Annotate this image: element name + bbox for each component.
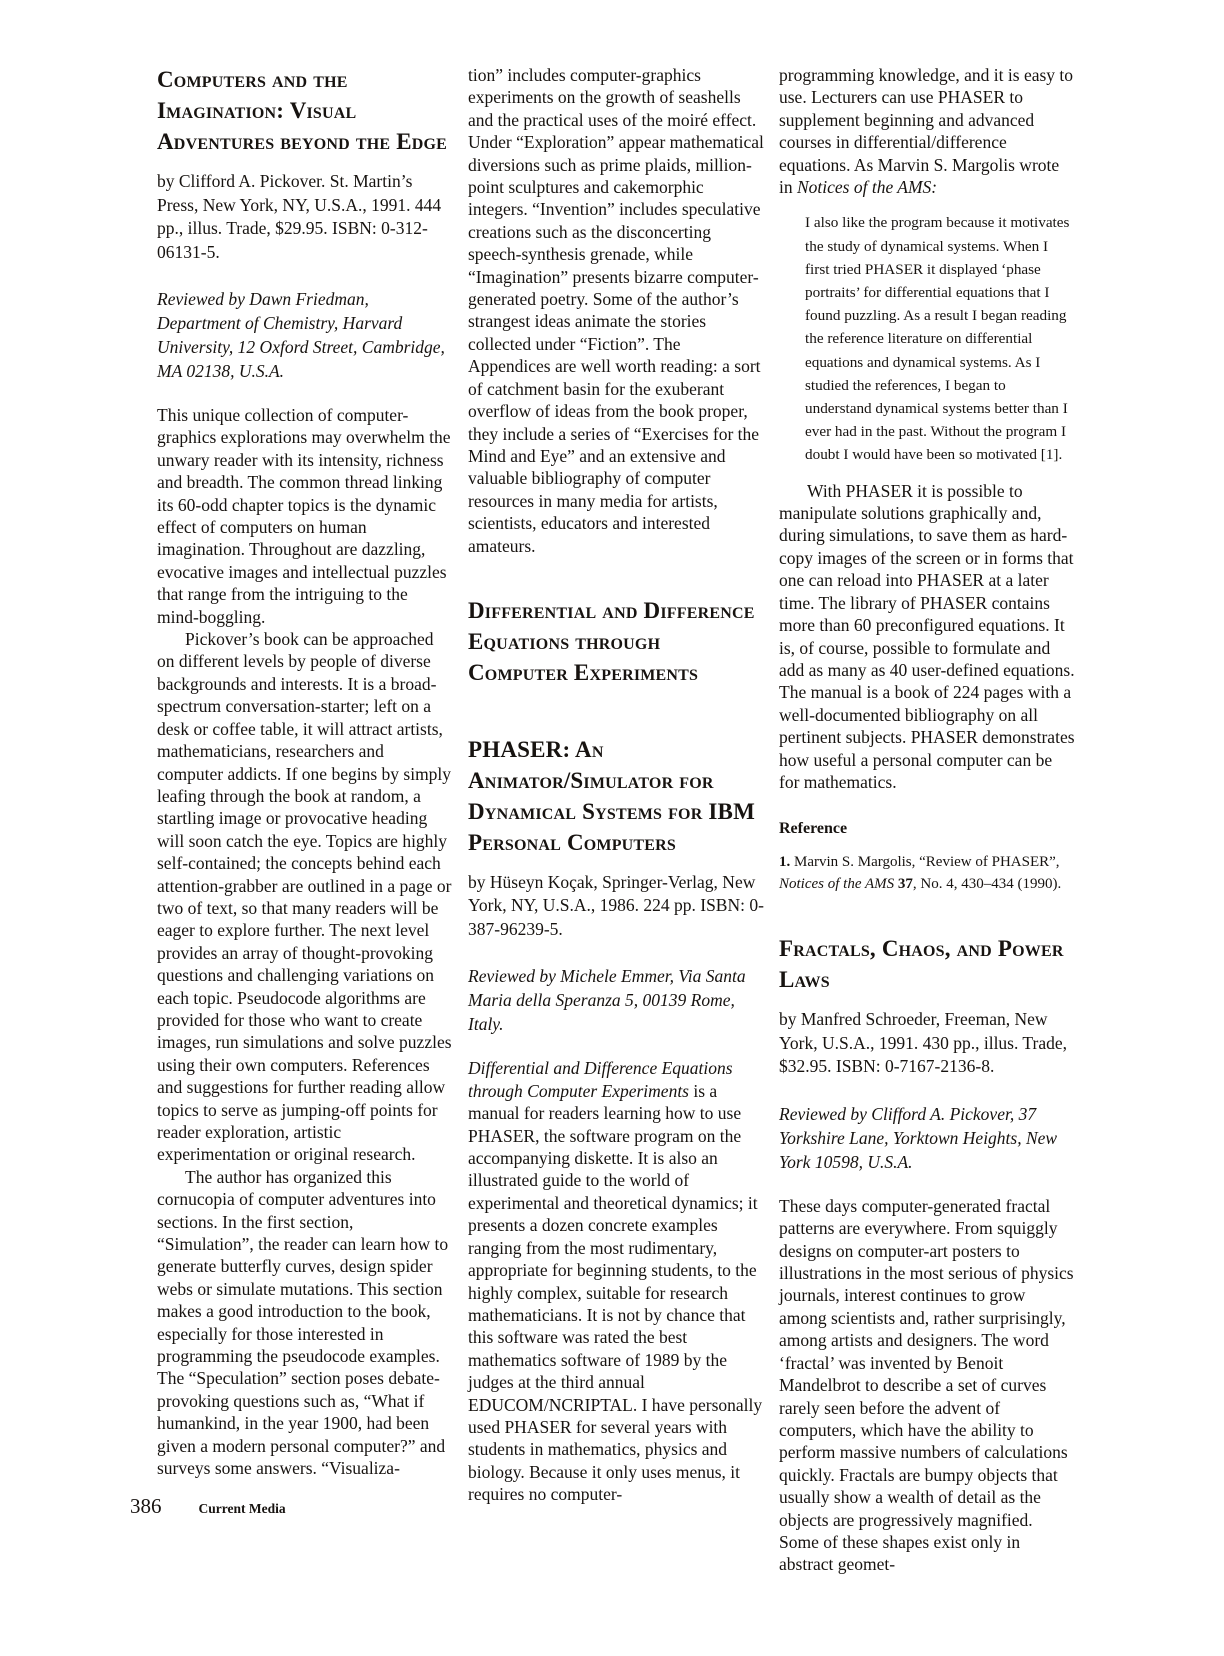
body-paragraph: Pickover’s book can be approached on dif… (157, 628, 453, 1166)
column-middle: tion” includes computer-graphics experim… (468, 64, 764, 1576)
review-title-computers-imagination: Computers and the Imagination: Visual Ad… (157, 64, 453, 157)
reference-volume: 37 (894, 876, 913, 892)
reviewer-note-computers: Reviewed by Dawn Friedman, Department of… (157, 287, 453, 383)
footer-page-number: 386 (130, 1494, 162, 1519)
body-paragraph-continuation: programming knowledge, and it is easy to… (779, 64, 1075, 198)
reviewer-note-fractals: Reviewed by Clifford A. Pickover, 37 Yor… (779, 1102, 1075, 1174)
review-title-fractals: Fractals, Chaos, and Power Laws (779, 933, 1075, 995)
column-right: programming knowledge, and it is easy to… (779, 64, 1075, 1576)
paragraph-text: is a manual for readers learning how to … (468, 1081, 762, 1504)
body-paragraph: This unique collection of computer-graph… (157, 404, 453, 628)
reference-text: Marvin S. Margolis, “Review of PHASER”, (790, 854, 1059, 870)
body-paragraph: The author has organized this cornucopia… (157, 1166, 453, 1480)
body-paragraph: These days computer-generated fractal pa… (779, 1195, 1075, 1576)
reference-number: 1. (779, 854, 790, 870)
body-paragraph: Differential and Difference Equations th… (468, 1057, 764, 1505)
reference-entry: 1. Marvin S. Margolis, “Review of PHASER… (779, 851, 1075, 895)
journal-title-inline-italic: Notices of the AMS: (797, 177, 937, 197)
publication-info-fractals: by Manfred Schroeder, Freeman, New York,… (779, 1008, 1075, 1079)
reference-text: , No. 4, 430–434 (1990). (913, 876, 1061, 892)
publication-info-phaser: by Hüseyn Koçak, Springer-Verlag, New Yo… (468, 871, 764, 942)
page-footer: 386 Current Media (130, 1494, 286, 1519)
body-paragraph: With PHASER it is possible to manipulate… (779, 480, 1075, 794)
publication-info-computers: by Clifford A. Pickover. St. Martin’s Pr… (157, 170, 453, 264)
reviewer-note-phaser: Reviewed by Michele Emmer, Via Santa Mar… (468, 964, 764, 1036)
page-body: Computers and the Imagination: Visual Ad… (157, 64, 1075, 1576)
review-title-differential-equations: Differential and Difference Equations th… (468, 595, 764, 688)
body-paragraph-continuation: tion” includes computer-graphics experim… (468, 64, 764, 557)
footer-section-label: Current Media (199, 1501, 286, 1517)
journal-title-inline-italic: Notices of the AMS (779, 876, 894, 892)
column-left: Computers and the Imagination: Visual Ad… (157, 64, 453, 1576)
review-title-phaser: PHASER: An Animator/Simulator for Dynami… (468, 734, 764, 858)
block-quote-margolis: I also like the program because it motiv… (779, 211, 1075, 466)
reference-heading: Reference (779, 819, 1075, 839)
